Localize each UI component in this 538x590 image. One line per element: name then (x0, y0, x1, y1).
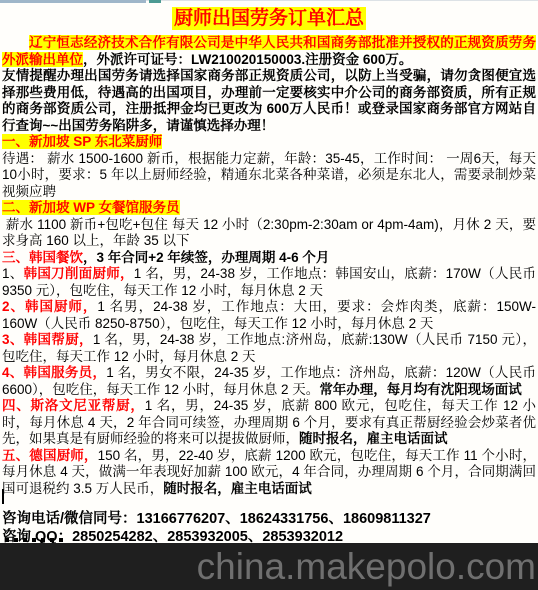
section-slovenia-bold-tail: 随时报名，雇主电话面试 (299, 431, 448, 446)
section-singapore-waitress-body-text: 薪水 1100 新币+包吃+包住 每天 12 小时（2:30pm-2:30am … (2, 217, 536, 249)
korea-item-2: 2、韩国厨师，1 名男，24-38 岁，工作地点：大田，要求：会炸肉类，底薪：1… (2, 299, 536, 332)
watermark-bar: china.makepolo.com (0, 543, 538, 590)
korea-item-1-num: 1、 (2, 266, 24, 281)
korea-item-1: 1、韩国刀削面厨师，1 名，男，24-38 岁，工作地点：韩国安山，底薪：170… (2, 266, 536, 299)
contact-phone-line: 咨询电话/微信同号：13166776207、18624331756、186098… (2, 510, 536, 528)
section-slovenia-label: 四、斯洛文尼亚帮厨， (2, 398, 145, 413)
page-title: 厨师出国劳务订单汇总 (172, 7, 366, 30)
section-germany-label: 五、德国厨师， (2, 448, 98, 463)
intro-company-paragraph: 辽宁恒志经济技术合作有限公司是中华人民共和国商务部批准并授权的正规资质劳务外派输… (2, 35, 536, 68)
korea-item-4-bold-tail: 常年办理，每月均有沈阳现场面试 (319, 382, 522, 397)
korea-item-1-label: 韩国刀削面厨师， (24, 266, 134, 281)
section-korea-heading: 三、韩国餐饮，3 年合同+2 年续签，办理周期 4-6 个月 (2, 250, 536, 267)
korea-item-2-label: 2、韩国厨师， (2, 299, 97, 314)
section-slovenia: 四、斯洛文尼亚帮厨，1 名，男，24-35 岁，底薪 800 欧元，包吃住，每天… (2, 398, 536, 448)
clipped-text-fragment (5, 538, 67, 542)
section-singapore-chef-body: 待遇： 薪水 1500-1600 新币，根据能力定薪，年龄：35-45，工作时间… (2, 151, 536, 201)
watermark-text: china.makepolo.com (197, 545, 536, 588)
section-singapore-chef-heading: 一、新加坡 SP 东北菜厨师 (2, 134, 536, 151)
section-singapore-chef-heading-text: 一、新加坡 SP 东北菜厨师 (2, 134, 162, 149)
intro-warning-paragraph: 友情提醒办理出国劳务请选择国家商务部正规资质公司，以防上当受骗，请勿贪图便宜选择… (2, 68, 536, 134)
section-germany: 五、德国厨师，150 名，男，22-40 岁，底薪 1200 欧元，包吃住，每天… (2, 448, 536, 498)
document-body: 厨师出国劳务订单汇总 辽宁恒志经济技术合作有限公司是中华人民共和国商务部批准并授… (0, 0, 538, 546)
section-singapore-waitress-heading: 二、新加坡 WP 女餐馆服务员 (2, 200, 536, 217)
section-singapore-waitress-heading-text: 二、新加坡 WP 女餐馆服务员 (2, 200, 180, 215)
text-cursor (2, 489, 4, 504)
korea-item-4: 4、韩国服务员，1 名，男女不限，24-35 岁，工作地点：济州岛，底薪：120… (2, 365, 536, 398)
title-row: 厨师出国劳务订单汇总 (2, 7, 536, 31)
section-singapore-waitress-body: 薪水 1100 新币+包吃+包住 每天 12 小时（2:30pm-2:30am … (2, 217, 536, 250)
section-germany-bold-tail: 随时报名，雇主电话面试 (163, 481, 312, 496)
warning-text: 友情提醒办理出国劳务请选择国家商务部正规资质公司，以防上当受骗，请勿贪图便宜选择… (2, 68, 536, 133)
window-top-strip (0, 0, 146, 3)
korea-item-3: 3、韩国帮厨，1 名，男，24-38 岁，工作地点:济州岛，底薪:130W（人民… (2, 332, 536, 365)
license-text: ，外派许可证号：LW210020150003.注册资金 600万。 (83, 52, 412, 67)
korea-item-4-label: 4、韩国服务员， (2, 365, 106, 380)
window-top-strip-accent (149, 0, 161, 3)
section-korea-heading-red: 三、韩国餐饮 (2, 250, 83, 265)
document-page: 厨师出国劳务订单汇总 辽宁恒志经济技术合作有限公司是中华人民共和国商务部批准并授… (0, 0, 538, 590)
section-korea-heading-rest: ，3 年合同+2 年续签，办理周期 4-6 个月 (83, 250, 329, 265)
korea-item-3-label: 3、韩国帮厨， (2, 332, 93, 347)
